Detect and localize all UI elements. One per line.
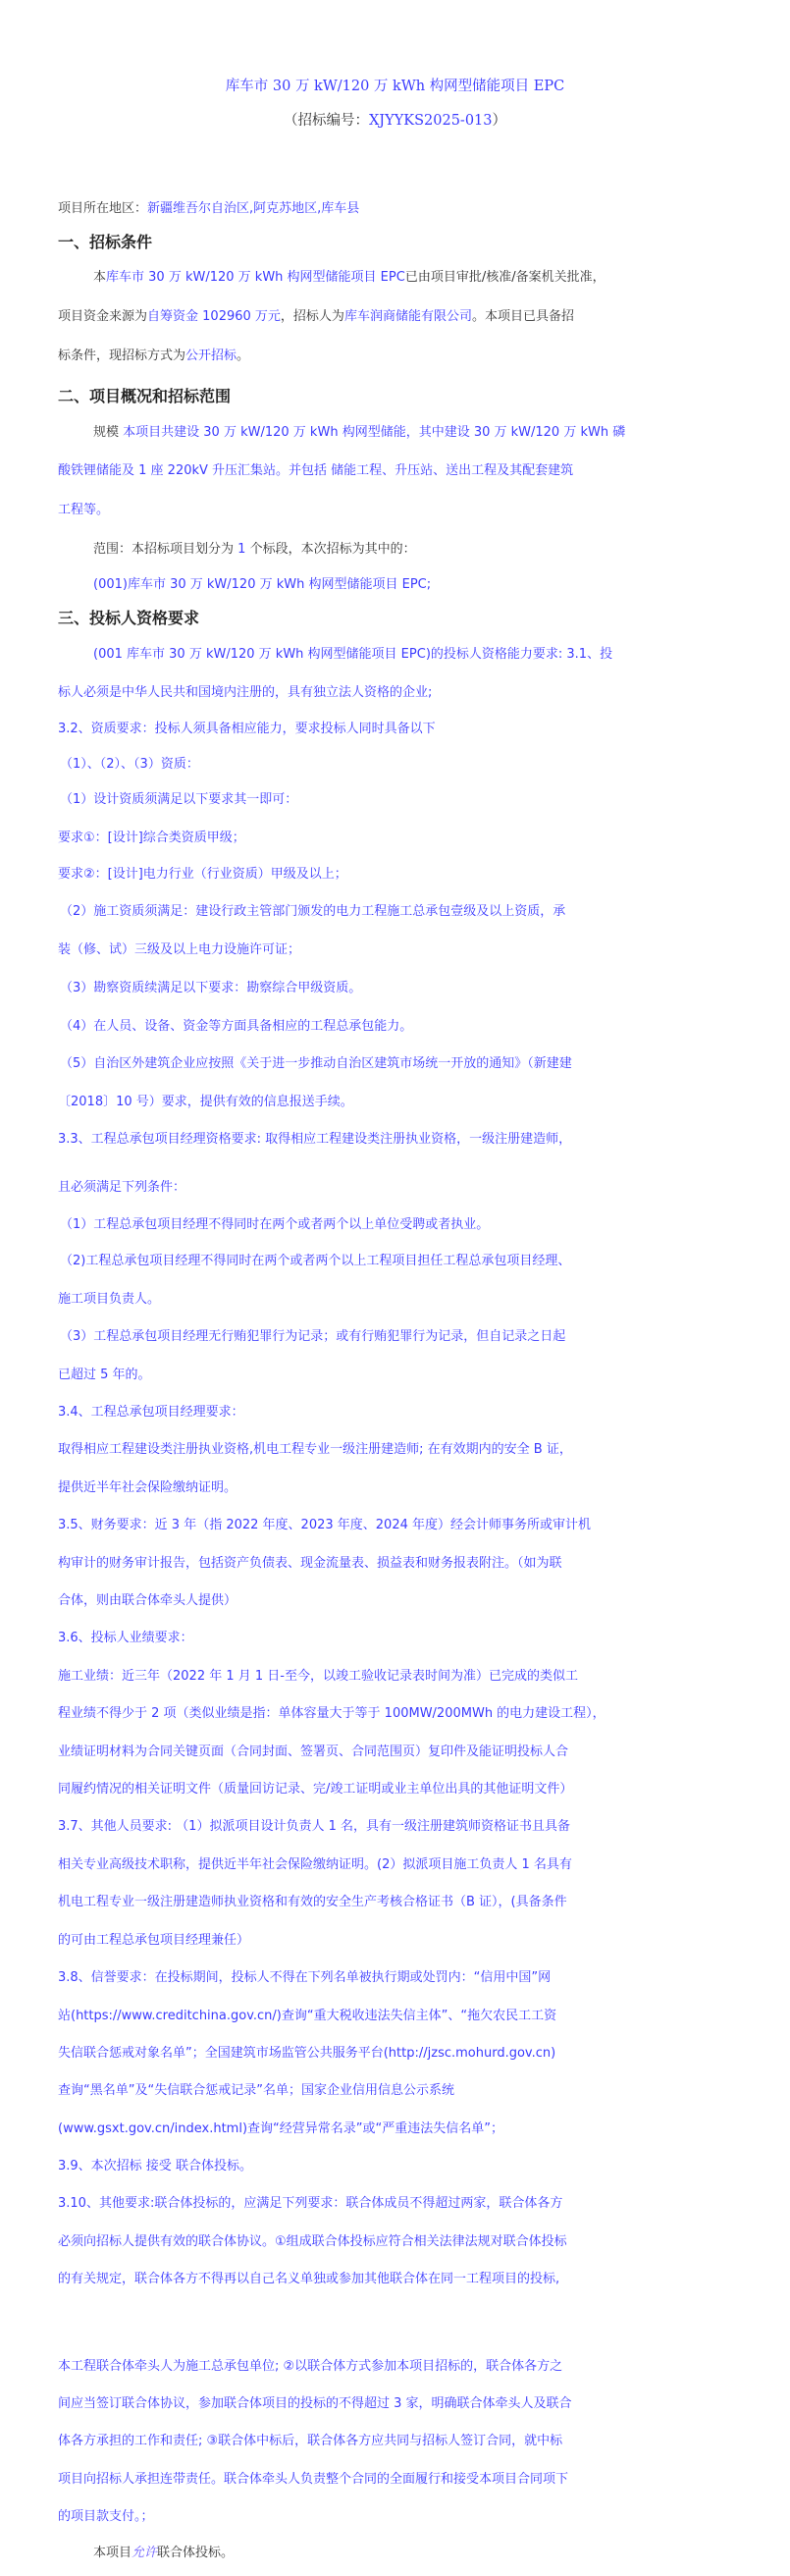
text: 范围：本招标项目划分为 [93, 542, 234, 557]
bid-number-close: ） [493, 113, 507, 129]
scale-text: 本项目共建设 30 万 kW/120 万 kWh 构网型储能，其中建设 30 万… [123, 425, 625, 440]
req-line: （2)工程总承包项目经理不得同时在两个或者两个以上工程项目担任工程总承包项目经理… [60, 1254, 570, 1269]
req-line: （1）工程总承包项目经理不得同时在两个或者两个以上单位受聘或者执业。 [60, 1217, 489, 1233]
req-line: 3.3、工程总承包项目经理资格要求: 取得相应工程建设类注册执业资格，一级注册建… [58, 1132, 571, 1148]
req-line: 站(https://www.creditchina.gov.cn/)查询“重大税… [58, 2009, 556, 2024]
text: 本 [93, 270, 106, 285]
text: 联合体投标。 [157, 2546, 234, 2560]
lot-item: (001)库车市 30 万 kW/120 万 kWh 构网型储能项目 EPC; [93, 577, 431, 593]
req-line: （5）自治区外建筑企业应按照《关于进一步推动自治区建筑市场统一开放的通知》（新建… [60, 1056, 572, 1072]
req-line: 3.6、投标人业绩要求： [58, 1631, 193, 1646]
req-line: 项目向招标人承担连带责任。联合体牵头人负责整个合同的全面履行和接受本项目合同项下 [58, 2472, 568, 2488]
req-line: 本工程联合体牵头人为施工总承包单位; ②以联合体方式参加本项目招标的，联合体各方… [58, 2359, 562, 2375]
req-line: 业绩证明材料为合同关键页面（合同封面、签署页、合同范围页）复印件及能证明投标人合 [58, 1744, 568, 1760]
req-line: （1）、（2）、（3）资质： [60, 757, 199, 773]
req-line: 3.10、其他要求:联合体投标的，应满足下列要求：联合体成员不得超过两家，联合体… [58, 2196, 562, 2212]
tender-method: 公开招标 [185, 349, 237, 363]
text: 。本项目已具备招 [472, 309, 574, 324]
region-value: 新疆维吾尔自治区,阿克苏地区,库车县 [147, 201, 359, 216]
bid-number: XJYYKS2025-013 [369, 113, 493, 129]
scale-line-2: 酸铁锂储能及 1 座 220kV 升压汇集站。并包括 储能工程、升压站、送出工程… [58, 463, 573, 479]
bid-number-label: （招标编号： [284, 113, 369, 129]
section-heading-2: 二、项目概况和招标范围 [58, 389, 231, 404]
req-line: 3.8、信誉要求：在投标期间，投标人不得在下列名单被执行期或处罚内：“信用中国”… [58, 1970, 551, 1986]
text: 。 [237, 349, 249, 363]
text: 个标段，本次招标为其中的： [250, 542, 416, 557]
scale-line-1: 规模 本项目共建设 30 万 kW/120 万 kWh 构网型储能，其中建设 3… [93, 425, 625, 441]
req-line: 的项目款支付。； [58, 2509, 154, 2525]
req-line: 施工项目负责人。 [58, 1292, 160, 1308]
req-line: 要求①：[设计]综合类资质甲级； [58, 831, 245, 846]
scale-line-3: 工程等。 [58, 503, 109, 518]
req-line: 程业绩不得少于 2 项（类似业绩是指：单体容量大于等于 100MW/200MWh… [58, 1706, 606, 1722]
document-subtitle: （招标编号：XJYYKS2025-013） [0, 109, 790, 130]
funding-source: 自筹资金 102960 万元 [147, 309, 281, 324]
section-heading-1: 一、招标条件 [58, 235, 152, 250]
req-line: （1）设计资质须满足以下要求其一即可： [60, 792, 297, 808]
req-line: 的可由工程总承包项目经理兼任） [58, 1933, 249, 1949]
document-title: 库车市 30 万 kW/120 万 kWh 构网型储能项目 EPC [0, 75, 790, 95]
text: 已由项目审批/核准/备案机关批准， [405, 270, 606, 285]
req-line: （3）工程总承包项目经理无行贿犯罪行为记录；或有行贿犯罪行为记录，但自记录之日起 [60, 1329, 565, 1345]
consortium-allowed-line: 本项目允许联合体投标。 [93, 2546, 234, 2561]
text: 本项目 [93, 2546, 132, 2560]
req-line: 3.4、工程总承包项目经理要求： [58, 1405, 244, 1421]
project-name: 库车市 30 万 kW/120 万 kWh 构网型储能项目 EPC [106, 270, 405, 285]
req-line: 失信联合惩戒对象名单”；全国建筑市场监管公共服务平台(http://jzsc.m… [58, 2046, 555, 2062]
req-line: 相关专业高级技术职称，提供近半年社会保险缴纳证明。(2）拟派项目施工负责人 1 … [58, 1857, 572, 1873]
req-line: (001 库车市 30 万 kW/120 万 kWh 构网型储能项目 EPC)的… [93, 647, 612, 663]
req-line: 要求②：[设计]电力行业（行业资质）甲级及以上； [58, 867, 347, 883]
req-line: 必须向招标人提供有效的联合体协议。①组成联合体投标应符合相关法律法规对联合体投标 [58, 2234, 567, 2250]
tenderer-name: 库车润商储能有限公司 [344, 309, 472, 324]
consortium-permission: 允许 [132, 2546, 157, 2560]
req-line: （2）施工资质须满足：建设行政主管部门颁发的电力工程施工总承包壹级及以上资质，承 [60, 904, 565, 920]
req-line: 标人必须是中华人民共和国境内注册的，具有独立法人资格的企业; [58, 685, 432, 701]
section1-line-3: 标条件，现招标方式为公开招标。 [58, 349, 249, 364]
req-line: （3）勘察资质续满足以下要求：勘察综合甲级资质。 [60, 981, 361, 996]
req-line: 查询“黑名单”及“失信联合惩戒记录”名单；国家企业信用信息公示系统 [58, 2083, 454, 2099]
req-line: 体各方承担的工作和责任; ③联合体中标后，联合体各方应共同与招标人签订合同，就中… [58, 2434, 562, 2449]
range-line: 范围：本招标项目划分为 1 个标段，本次招标为其中的： [93, 542, 416, 558]
req-line: 且必须满足下列条件： [58, 1180, 185, 1196]
req-line: 装（修、试）三级及以上电力设施许可证； [58, 942, 300, 958]
req-line: 机电工程专业一级注册建造师执业资格和有效的安全生产考核合格证书（B 证），(具备… [58, 1895, 567, 1910]
req-line: 构审计的财务审计报告，包括资产负债表、现金流量表、损益表和财务报表附注。（如为联 [58, 1556, 562, 1572]
req-line: 〔2018〕10 号）要求，提供有效的信息报送手续。 [58, 1095, 353, 1110]
project-region: 项目所在地区：新疆维吾尔自治区,阿克苏地区,库车县 [58, 201, 359, 217]
req-line: （4）在人员、设备、资金等方面具备相应的工程总承包能力。 [60, 1019, 412, 1035]
req-line: 合体，则由联合体牵头人提供） [58, 1593, 237, 1609]
text: 项目资金来源为 [58, 309, 147, 324]
section1-line-2: 项目资金来源为自筹资金 102960 万元，招标人为库车润商储能有限公司。本项目… [58, 309, 574, 325]
req-line: 3.7、其他人员要求: （1）拟派项目设计负责人 1 名，具有一级注册建筑师资格… [58, 1819, 570, 1835]
scale-label: 规模 [93, 425, 119, 440]
lot-count: 1 [237, 542, 245, 557]
req-line: 3.2、资质要求：投标人须具备相应能力，要求投标人同时具备以下 [58, 722, 436, 737]
req-line: 提供近半年社会保险缴纳证明。 [58, 1480, 237, 1496]
text: 标条件，现招标方式为 [58, 349, 185, 363]
req-line: 取得相应工程建设类注册执业资格,机电工程专业一级注册建造师; 在有效期内的安全 … [58, 1442, 572, 1458]
section-heading-3: 三、投标人资格要求 [58, 611, 199, 626]
req-line: 的有关规定，联合体各方不得再以自己名义单独或参加其他联合体在同一工程项目的投标, [58, 2272, 559, 2287]
req-line: (www.gsxt.gov.cn/index.html)查询“经营异常名录”或“… [58, 2121, 503, 2137]
req-line: 3.5、财务要求：近 3 年（指 2022 年度、2023 年度、2024 年度… [58, 1518, 591, 1533]
req-line: 施工业绩：近三年（2022 年 1 月 1 日-至今，以竣工验收记录表时间为准）… [58, 1669, 578, 1685]
text: ，招标人为 [281, 309, 344, 324]
section1-line-1: 本库车市 30 万 kW/120 万 kWh 构网型储能项目 EPC已由项目审批… [93, 270, 606, 286]
req-line: 已超过 5 年的。 [58, 1368, 151, 1383]
region-label: 项目所在地区： [58, 201, 147, 216]
req-line: 3.9、本次招标 接受 联合体投标。 [58, 2159, 252, 2174]
req-line: 间应当签订联合体协议，参加联合体项目的投标的不得超过 3 家，明确联合体牵头人及… [58, 2396, 572, 2412]
req-line: 同履约情况的相关证明文件（质量回访记录、完/竣工证明或业主单位出具的其他证明文件… [58, 1782, 572, 1798]
